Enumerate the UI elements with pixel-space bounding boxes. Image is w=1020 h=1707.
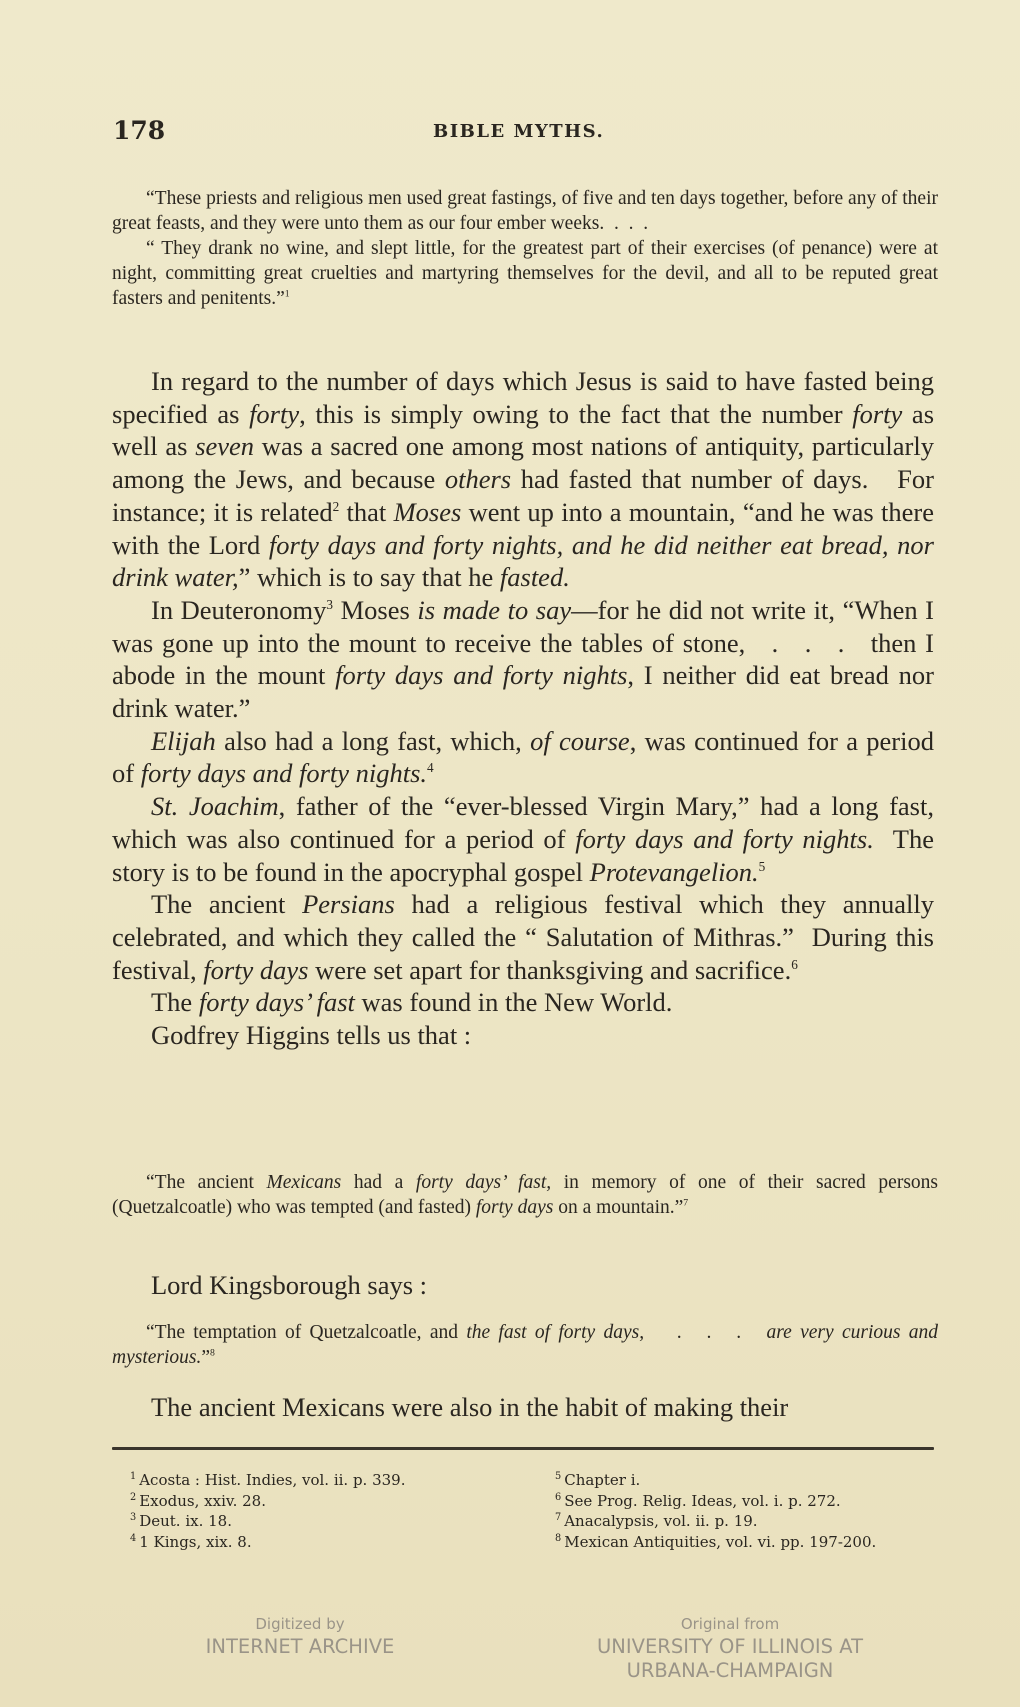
footnote-item: 3Deut. ix. 18. bbox=[130, 1511, 530, 1532]
body-text-continuation: The ancient Mexicans were also in the ha… bbox=[112, 1391, 934, 1424]
footnote-item: 6See Prog. Relig. Ideas, vol. i. p. 272. bbox=[555, 1491, 955, 1512]
body-text-kingsborough-intro: Lord Kingsborough says : bbox=[112, 1269, 934, 1302]
footnote-divider bbox=[112, 1447, 934, 1450]
footnote-ref[interactable]: 7 bbox=[683, 1198, 688, 1209]
running-head: BIBLE MYTHS. bbox=[433, 121, 604, 142]
quote-paragraph: “The temptation of Quetzalcoatle, and th… bbox=[112, 1320, 938, 1370]
footnote-item: 7Anacalypsis, vol. ii. p. 19. bbox=[555, 1511, 955, 1532]
footnotes-left-column: 1Acosta : Hist. Indies, vol. ii. p. 339.… bbox=[130, 1470, 530, 1552]
footnotes-right-column: 5Chapter i. 6See Prog. Relig. Ideas, vol… bbox=[555, 1470, 955, 1552]
page-header: 178 BIBLE MYTHS. bbox=[113, 116, 933, 146]
book-page: 178 BIBLE MYTHS. “These priests and reli… bbox=[0, 0, 1020, 1707]
footnote-ref[interactable]: 8 bbox=[210, 1348, 215, 1359]
footnote-ref[interactable]: 4 bbox=[427, 761, 434, 776]
footnote-ref[interactable]: 1 bbox=[285, 289, 290, 300]
footnote-ref[interactable]: 5 bbox=[759, 859, 766, 874]
watermark-original-from: Original from UNIVERSITY OF ILLINOIS AT … bbox=[570, 1613, 890, 1683]
paragraph: Elijah also had a long fast, which, of c… bbox=[112, 725, 934, 790]
footnote-item: 41 Kings, xix. 8. bbox=[130, 1532, 530, 1553]
block-quote-acosta: “These priests and religious men used gr… bbox=[112, 186, 938, 311]
footnote-ref[interactable]: 6 bbox=[791, 957, 798, 972]
footnote-item: 5Chapter i. bbox=[555, 1470, 955, 1491]
paragraph: In regard to the number of days which Je… bbox=[112, 365, 934, 594]
paragraph: The ancient Persians had a religious fes… bbox=[112, 888, 934, 986]
page-number: 178 bbox=[113, 116, 165, 145]
body-text-main: In regard to the number of days which Je… bbox=[112, 365, 934, 1052]
quote-paragraph: “ They drank no wine, and slept little, … bbox=[112, 236, 938, 311]
quote-paragraph: “The ancient Mexicans had a forty days’ … bbox=[112, 1170, 938, 1220]
footnote-item: 2Exodus, xxiv. 28. bbox=[130, 1491, 530, 1512]
paragraph: Lord Kingsborough says : bbox=[112, 1269, 934, 1302]
paragraph: In Deuteronomy3 Moses is made to say—for… bbox=[112, 594, 934, 725]
block-quote-higgins: “The ancient Mexicans had a forty days’ … bbox=[112, 1170, 938, 1220]
quote-paragraph: “These priests and religious men used gr… bbox=[112, 186, 938, 236]
watermark-digitized-by: Digitized by INTERNET ARCHIVE bbox=[190, 1613, 410, 1659]
footnote-item: 1Acosta : Hist. Indies, vol. ii. p. 339. bbox=[130, 1470, 530, 1491]
paragraph: St. Joachim, father of the “ever-blessed… bbox=[112, 790, 934, 888]
footnote-item: 8Mexican Antiquities, vol. vi. pp. 197-2… bbox=[555, 1532, 955, 1553]
paragraph: The ancient Mexicans were also in the ha… bbox=[112, 1391, 934, 1424]
footnote-ref[interactable]: 3 bbox=[326, 597, 333, 612]
block-quote-kingsborough: “The temptation of Quetzalcoatle, and th… bbox=[112, 1320, 938, 1370]
paragraph: Godfrey Higgins tells us that : bbox=[112, 1019, 934, 1052]
paragraph: The forty days’ fast was found in the Ne… bbox=[112, 986, 934, 1019]
